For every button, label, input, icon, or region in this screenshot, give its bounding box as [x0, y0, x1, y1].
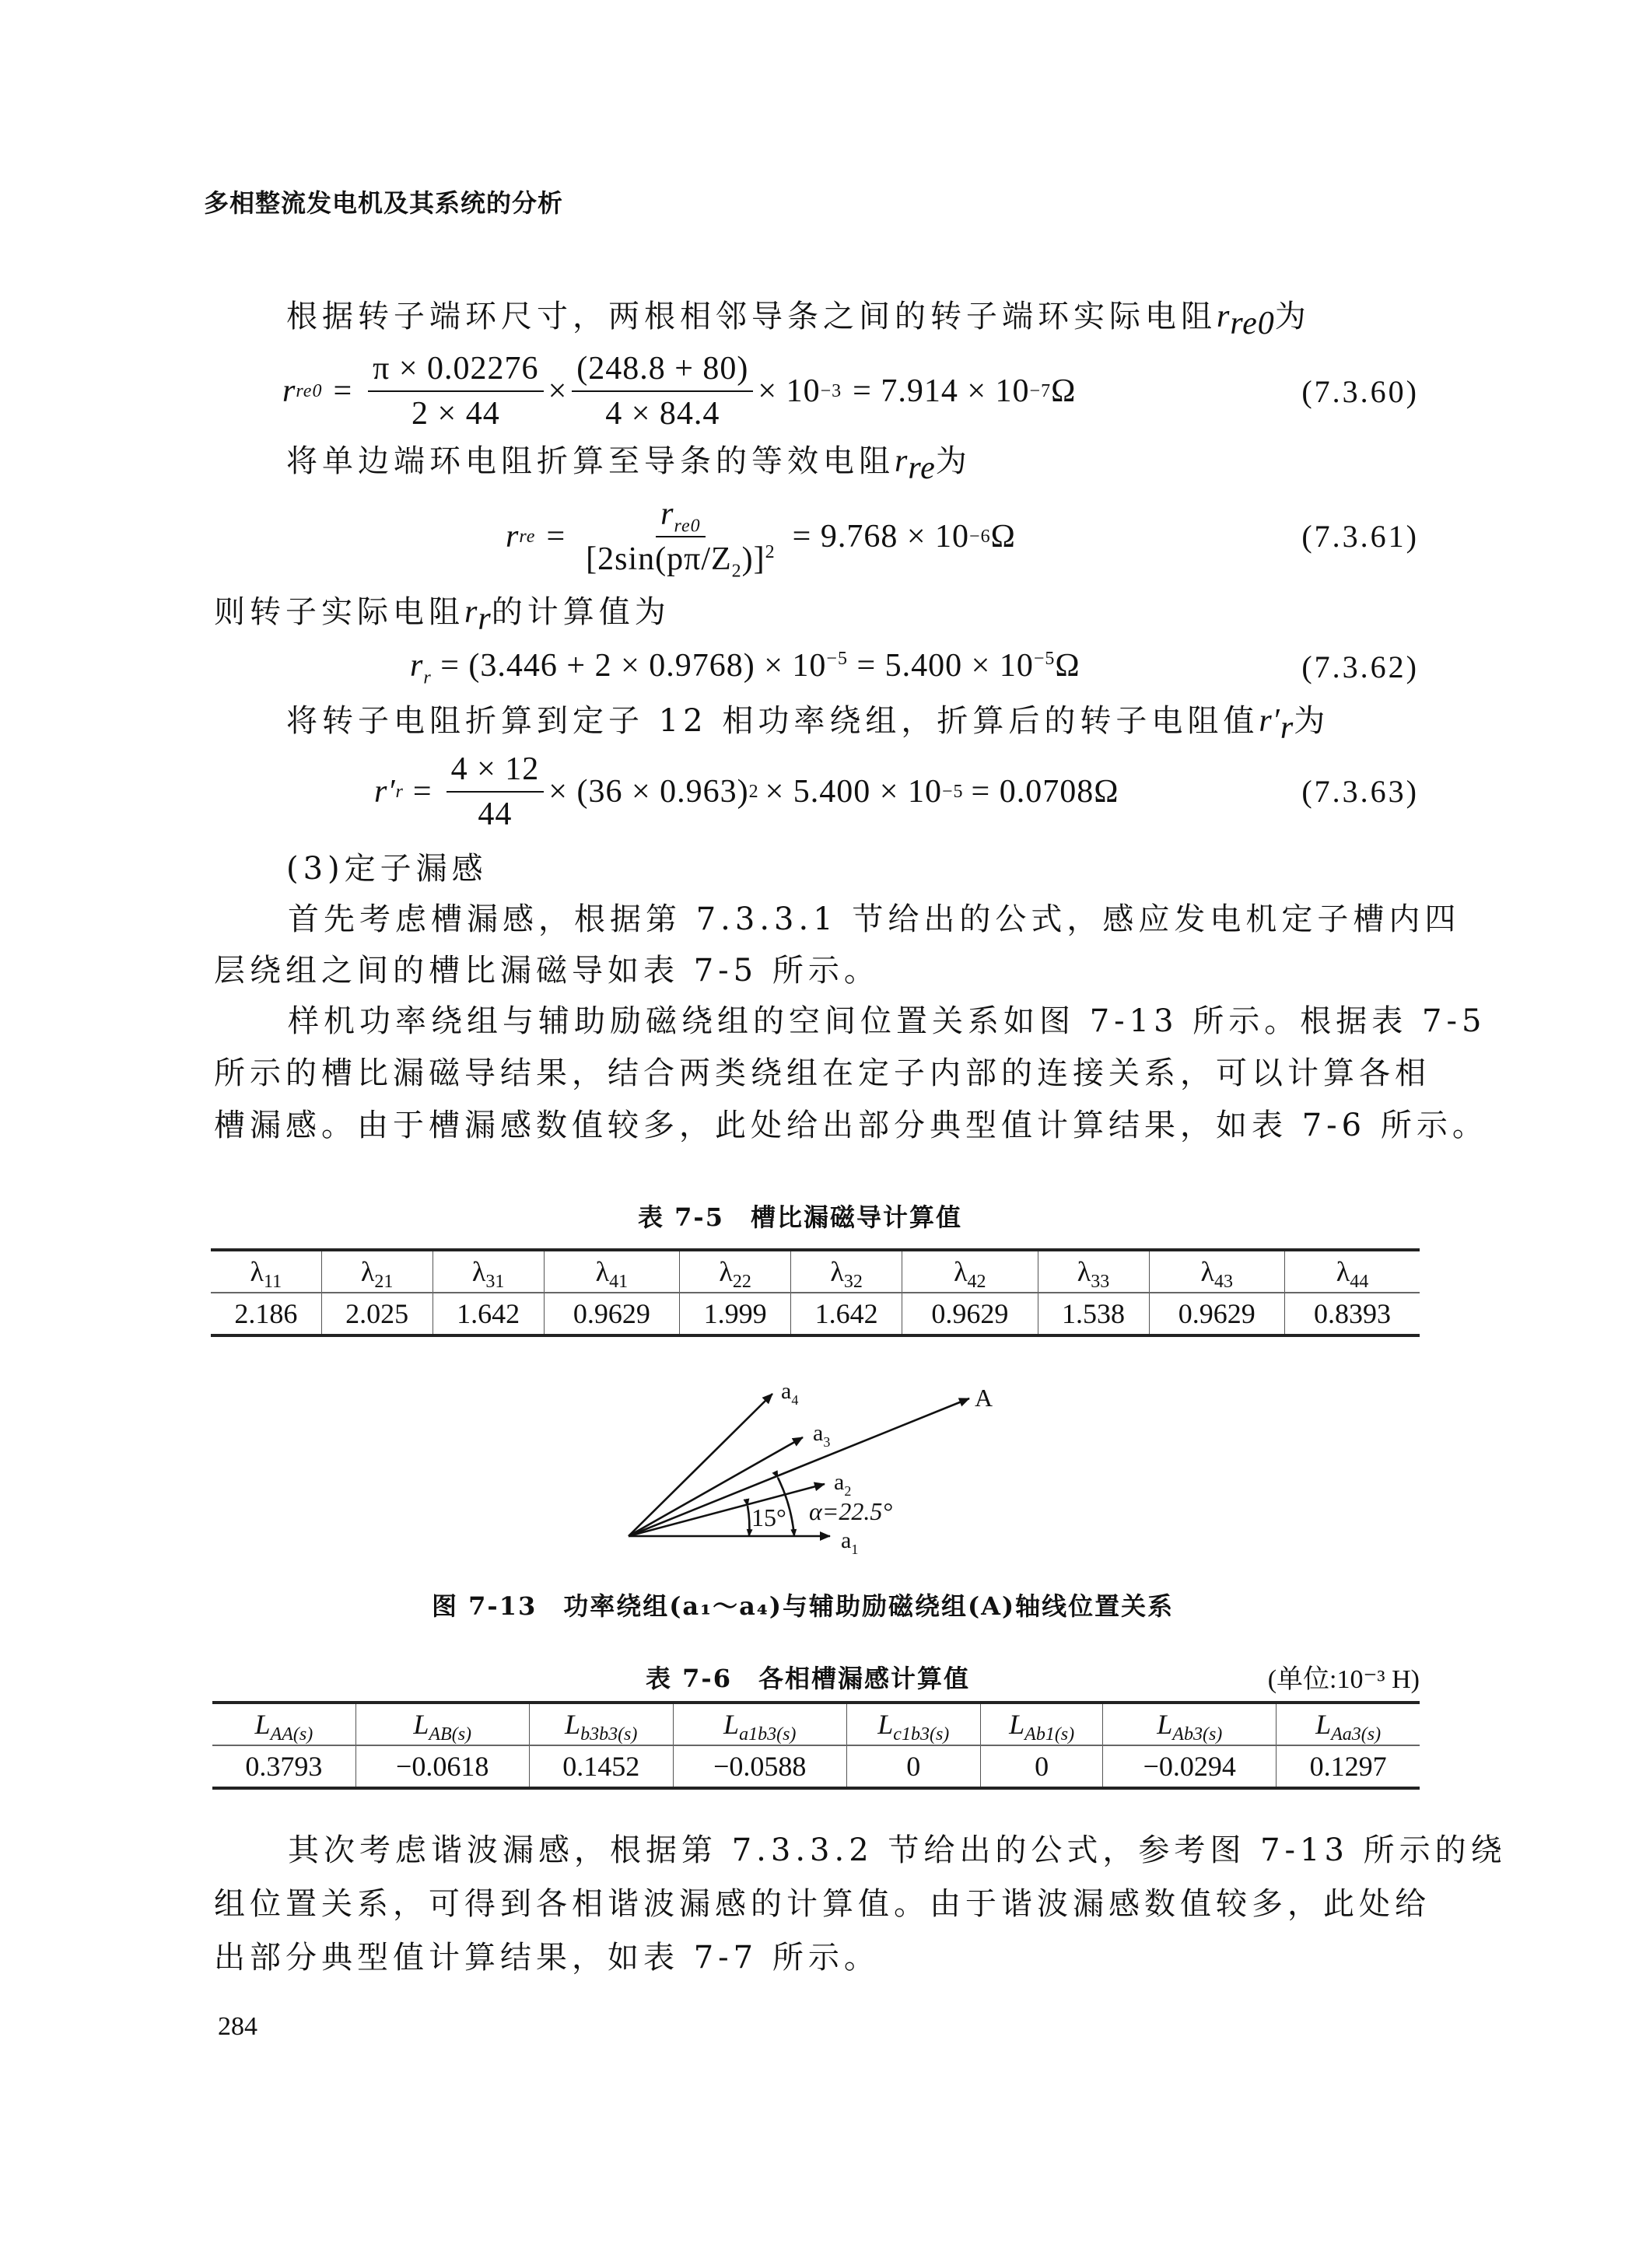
unit: Ω [1051, 373, 1076, 410]
equation-7-3-60: rre0 = π × 0.02276 2 × 44 × (248.8 + 80)… [282, 354, 1076, 429]
unit: Ω [1055, 648, 1080, 684]
equation-number: (7.3.61) [1301, 518, 1419, 555]
value-cell: 0.1452 [529, 1745, 673, 1788]
fraction: (248.8 + 80) 4 × 84.4 [572, 350, 753, 432]
eq-body: = (3.446 + 2 × 0.9768) × 10 [440, 648, 826, 684]
eq-term: × 10 [758, 373, 820, 410]
header-cell: Lb3b3(s) [529, 1703, 673, 1745]
figure-7-13-vector-diagram: a1 a2 a3 a4 A 15° α=22.5° [607, 1369, 1011, 1563]
equation-7-3-61: rre = rre0 [2sin(pπ/Z2)]2 = 9.768 × 10−6… [506, 498, 1016, 576]
eq-lhs: r [410, 648, 423, 684]
numerator: π × 0.02276 [368, 350, 543, 392]
table-title: 表 7-6 各相槽漏感计算值 [646, 1659, 970, 1695]
value-cell: 0.9629 [1149, 1293, 1284, 1335]
paragraph-line: 其次考虑谐波漏感，根据第 7.3.3.2 节给出的公式，参考图 7-13 所示的… [288, 1832, 1507, 1869]
header-cell: λ42 [902, 1250, 1038, 1293]
paragraph-line: 将转子电阻折算到定子 12 相功率绕组，折算后的转子电阻值r′r为 [286, 702, 1329, 740]
paragraph-line: 将单边端环电阻折算至导条的等效电阻rre为 [286, 443, 972, 480]
paragraph-line: 根据转子端环尺寸，两根相邻导条之间的转子端环实际电阻rre0为 [286, 298, 1311, 335]
header-cell: LAB(s) [355, 1703, 529, 1745]
paragraph-line: 槽漏感。由于槽漏感数值较多，此处给出部分典型值计算结果，如表 7-6 所示。 [214, 1107, 1488, 1144]
num-sub: re0 [674, 516, 701, 536]
numerator: rre0 [656, 495, 705, 537]
value-cell: 0 [846, 1745, 980, 1788]
angle-label-15: 15° [751, 1503, 786, 1531]
eq-sign: = [546, 518, 566, 555]
den-sub: 2 [732, 561, 742, 581]
paragraph-line: 层绕组之间的槽比漏磁导如表 7-5 所示。 [214, 952, 880, 989]
equation-number: (7.3.60) [1301, 373, 1419, 410]
paragraph-line: 则转子实际电阻rr的计算值为 [214, 593, 671, 631]
symbol-sub: r [1280, 710, 1294, 746]
den-text: )] [742, 541, 765, 577]
symbol-sub: re0 [1230, 306, 1274, 341]
eq-body: × (36 × 0.963) [548, 773, 748, 810]
vector-A [629, 1398, 969, 1536]
table-title: 表 7-5 槽比漏磁导计算值 [638, 1198, 962, 1234]
symbol: r [895, 443, 908, 479]
paragraph-line: 组位置关系，可得到各相谐波漏感的计算值。由于谐波漏感数值较多，此处给 [214, 1885, 1431, 1923]
exponent: −5 [826, 649, 848, 669]
value-cell: 0.3793 [212, 1745, 355, 1788]
label-a3: a3 [813, 1420, 830, 1450]
value-cell: 2.025 [321, 1293, 433, 1335]
eq-term: × 5.400 × 10 [765, 773, 942, 810]
header-cell: λ22 [680, 1250, 791, 1293]
symbol: r′ [1259, 703, 1280, 739]
header-cell: λ43 [1149, 1250, 1284, 1293]
denominator: 2 × 44 [407, 392, 505, 432]
value-cell: 0.8393 [1284, 1293, 1420, 1335]
header-cell: λ41 [544, 1250, 679, 1293]
header-cell: La1b3(s) [673, 1703, 846, 1745]
unit: Ω [991, 518, 1016, 555]
eq-rhs: = 5.400 × 10 [856, 648, 1033, 684]
paragraph-line: 样机功率绕组与辅助励磁绕组的空间位置关系如图 7-13 所示。根据表 7-5 [288, 1003, 1486, 1040]
exponent: 2 [765, 542, 776, 562]
header-cell: LAA(s) [212, 1703, 355, 1745]
text: 为 [1275, 299, 1311, 334]
page-number: 284 [218, 2012, 257, 2042]
text: 为 [936, 443, 972, 479]
value-cell: 1.642 [791, 1293, 902, 1335]
denominator: 4 × 84.4 [601, 392, 724, 432]
unit-note: (单位:10⁻³ H) [1268, 1657, 1420, 1696]
denominator: 44 [473, 793, 517, 833]
eq-lhs: r′ [374, 773, 396, 810]
eq-lhs: r [282, 373, 296, 410]
running-header: 多相整流发电机及其系统的分析 [204, 184, 563, 219]
value-cell: 1.642 [433, 1293, 544, 1335]
value-cell: −0.0294 [1103, 1745, 1277, 1788]
header-cell: λ21 [321, 1250, 433, 1293]
symbol-sub: re [908, 450, 935, 486]
header-cell: λ33 [1038, 1250, 1149, 1293]
equation-number: (7.3.62) [1301, 649, 1419, 685]
value-cell: 0.1297 [1277, 1745, 1420, 1788]
header-cell: LAb3(s) [1103, 1703, 1277, 1745]
header-cell: LAb1(s) [980, 1703, 1102, 1745]
text: 将单边端环电阻折算至导条的等效电阻 [286, 443, 895, 479]
text: 的计算值为 [492, 594, 671, 630]
paragraph-line: 所示的槽比漏磁导结果，结合两类绕组在定子内部的连接关系，可以计算各相 [214, 1055, 1431, 1092]
eq-rhs: = 0.0708Ω [972, 773, 1119, 810]
eq-lhs: r [506, 518, 519, 555]
figure-caption: 图 7-13 功率绕组(a₁～a₄)与辅助励磁绕组(A)轴线位置关系 [432, 1587, 1174, 1622]
table-header-row: LAA(s) LAB(s) Lb3b3(s) La1b3(s) Lc1b3(s)… [212, 1703, 1420, 1745]
equation-number: (7.3.63) [1301, 773, 1419, 810]
value-cell: 2.186 [211, 1293, 321, 1335]
value-cell: −0.0618 [355, 1745, 529, 1788]
header-cell: λ11 [211, 1250, 321, 1293]
vector-a2 [629, 1484, 825, 1536]
symbol: r [1217, 299, 1230, 334]
value-cell: 0.9629 [902, 1293, 1038, 1335]
paragraph-line: 首先考虑槽漏感，根据第 7.3.3.1 节给出的公式，感应发电机定子槽内四 [288, 901, 1460, 938]
value-cell: 0 [980, 1745, 1102, 1788]
text: 将转子电阻折算到定子 12 相功率绕组，折算后的转子电阻值 [286, 703, 1259, 739]
text: 为 [1294, 703, 1329, 739]
header-cell: Lc1b3(s) [846, 1703, 980, 1745]
table-header-row: λ11 λ21 λ31 λ41 λ22 λ32 λ42 λ33 λ43 λ44 [211, 1250, 1420, 1293]
table-7-5: λ11 λ21 λ31 λ41 λ22 λ32 λ42 λ33 λ43 λ44 … [211, 1248, 1420, 1337]
fraction: 4 × 12 44 [447, 751, 545, 833]
numerator: (248.8 + 80) [572, 350, 753, 392]
table-row: 0.3793 −0.0618 0.1452 −0.0588 0 0 −0.029… [212, 1745, 1420, 1788]
num-symbol: r [660, 496, 674, 532]
fraction: rre0 [2sin(pπ/Z2)]2 [581, 495, 780, 578]
fraction: π × 0.02276 2 × 44 [368, 350, 543, 432]
symbol: r [464, 594, 478, 630]
symbol-sub: r [478, 601, 491, 637]
header-cell: LAa3(s) [1277, 1703, 1420, 1745]
label-a4: a4 [781, 1378, 798, 1408]
eq-sign: = [413, 773, 433, 810]
denominator: [2sin(pπ/Z2)]2 [581, 537, 780, 578]
value-cell: 1.999 [680, 1293, 791, 1335]
text: 则转子实际电阻 [214, 594, 464, 630]
header-cell: λ31 [433, 1250, 544, 1293]
value-cell: 0.9629 [544, 1293, 679, 1335]
equation-7-3-62: rr = (3.446 + 2 × 0.9768) × 10−5 = 5.400… [410, 647, 1080, 684]
angle-label-alpha: α=22.5° [809, 1497, 892, 1525]
text: 根据转子端环尺寸，两根相邻导条之间的转子端环实际电阻 [286, 299, 1217, 334]
value-cell: 1.538 [1038, 1293, 1149, 1335]
header-cell: λ44 [1284, 1250, 1420, 1293]
table-row: 2.186 2.025 1.642 0.9629 1.999 1.642 0.9… [211, 1293, 1420, 1335]
table-7-6: LAA(s) LAB(s) Lb3b3(s) La1b3(s) Lc1b3(s)… [212, 1701, 1420, 1790]
angle-arc-15 [748, 1506, 749, 1536]
paragraph-line: 出部分典型值计算结果，如表 7-7 所示。 [214, 1939, 880, 1976]
section-heading: (3)定子漏感 [286, 850, 488, 887]
eq-rhs: = 9.768 × 10 [793, 518, 969, 555]
header-cell: λ32 [791, 1250, 902, 1293]
numerator: 4 × 12 [447, 751, 545, 793]
equation-7-3-63: r′r = 4 × 12 44 × (36 × 0.963)2 × 5.400 … [374, 753, 1119, 831]
exponent: −5 [1034, 649, 1056, 669]
times: × [548, 373, 568, 410]
label-A: A [975, 1384, 993, 1412]
eq-sign: = [333, 373, 352, 410]
eq-rhs: = 7.914 × 10 [853, 373, 1029, 410]
label-a2: a2 [834, 1469, 851, 1499]
label-a1: a1 [841, 1528, 858, 1557]
value-cell: −0.0588 [673, 1745, 846, 1788]
den-text: [2sin(pπ/Z [586, 541, 732, 577]
eq-lhs-sub: r [423, 667, 431, 688]
